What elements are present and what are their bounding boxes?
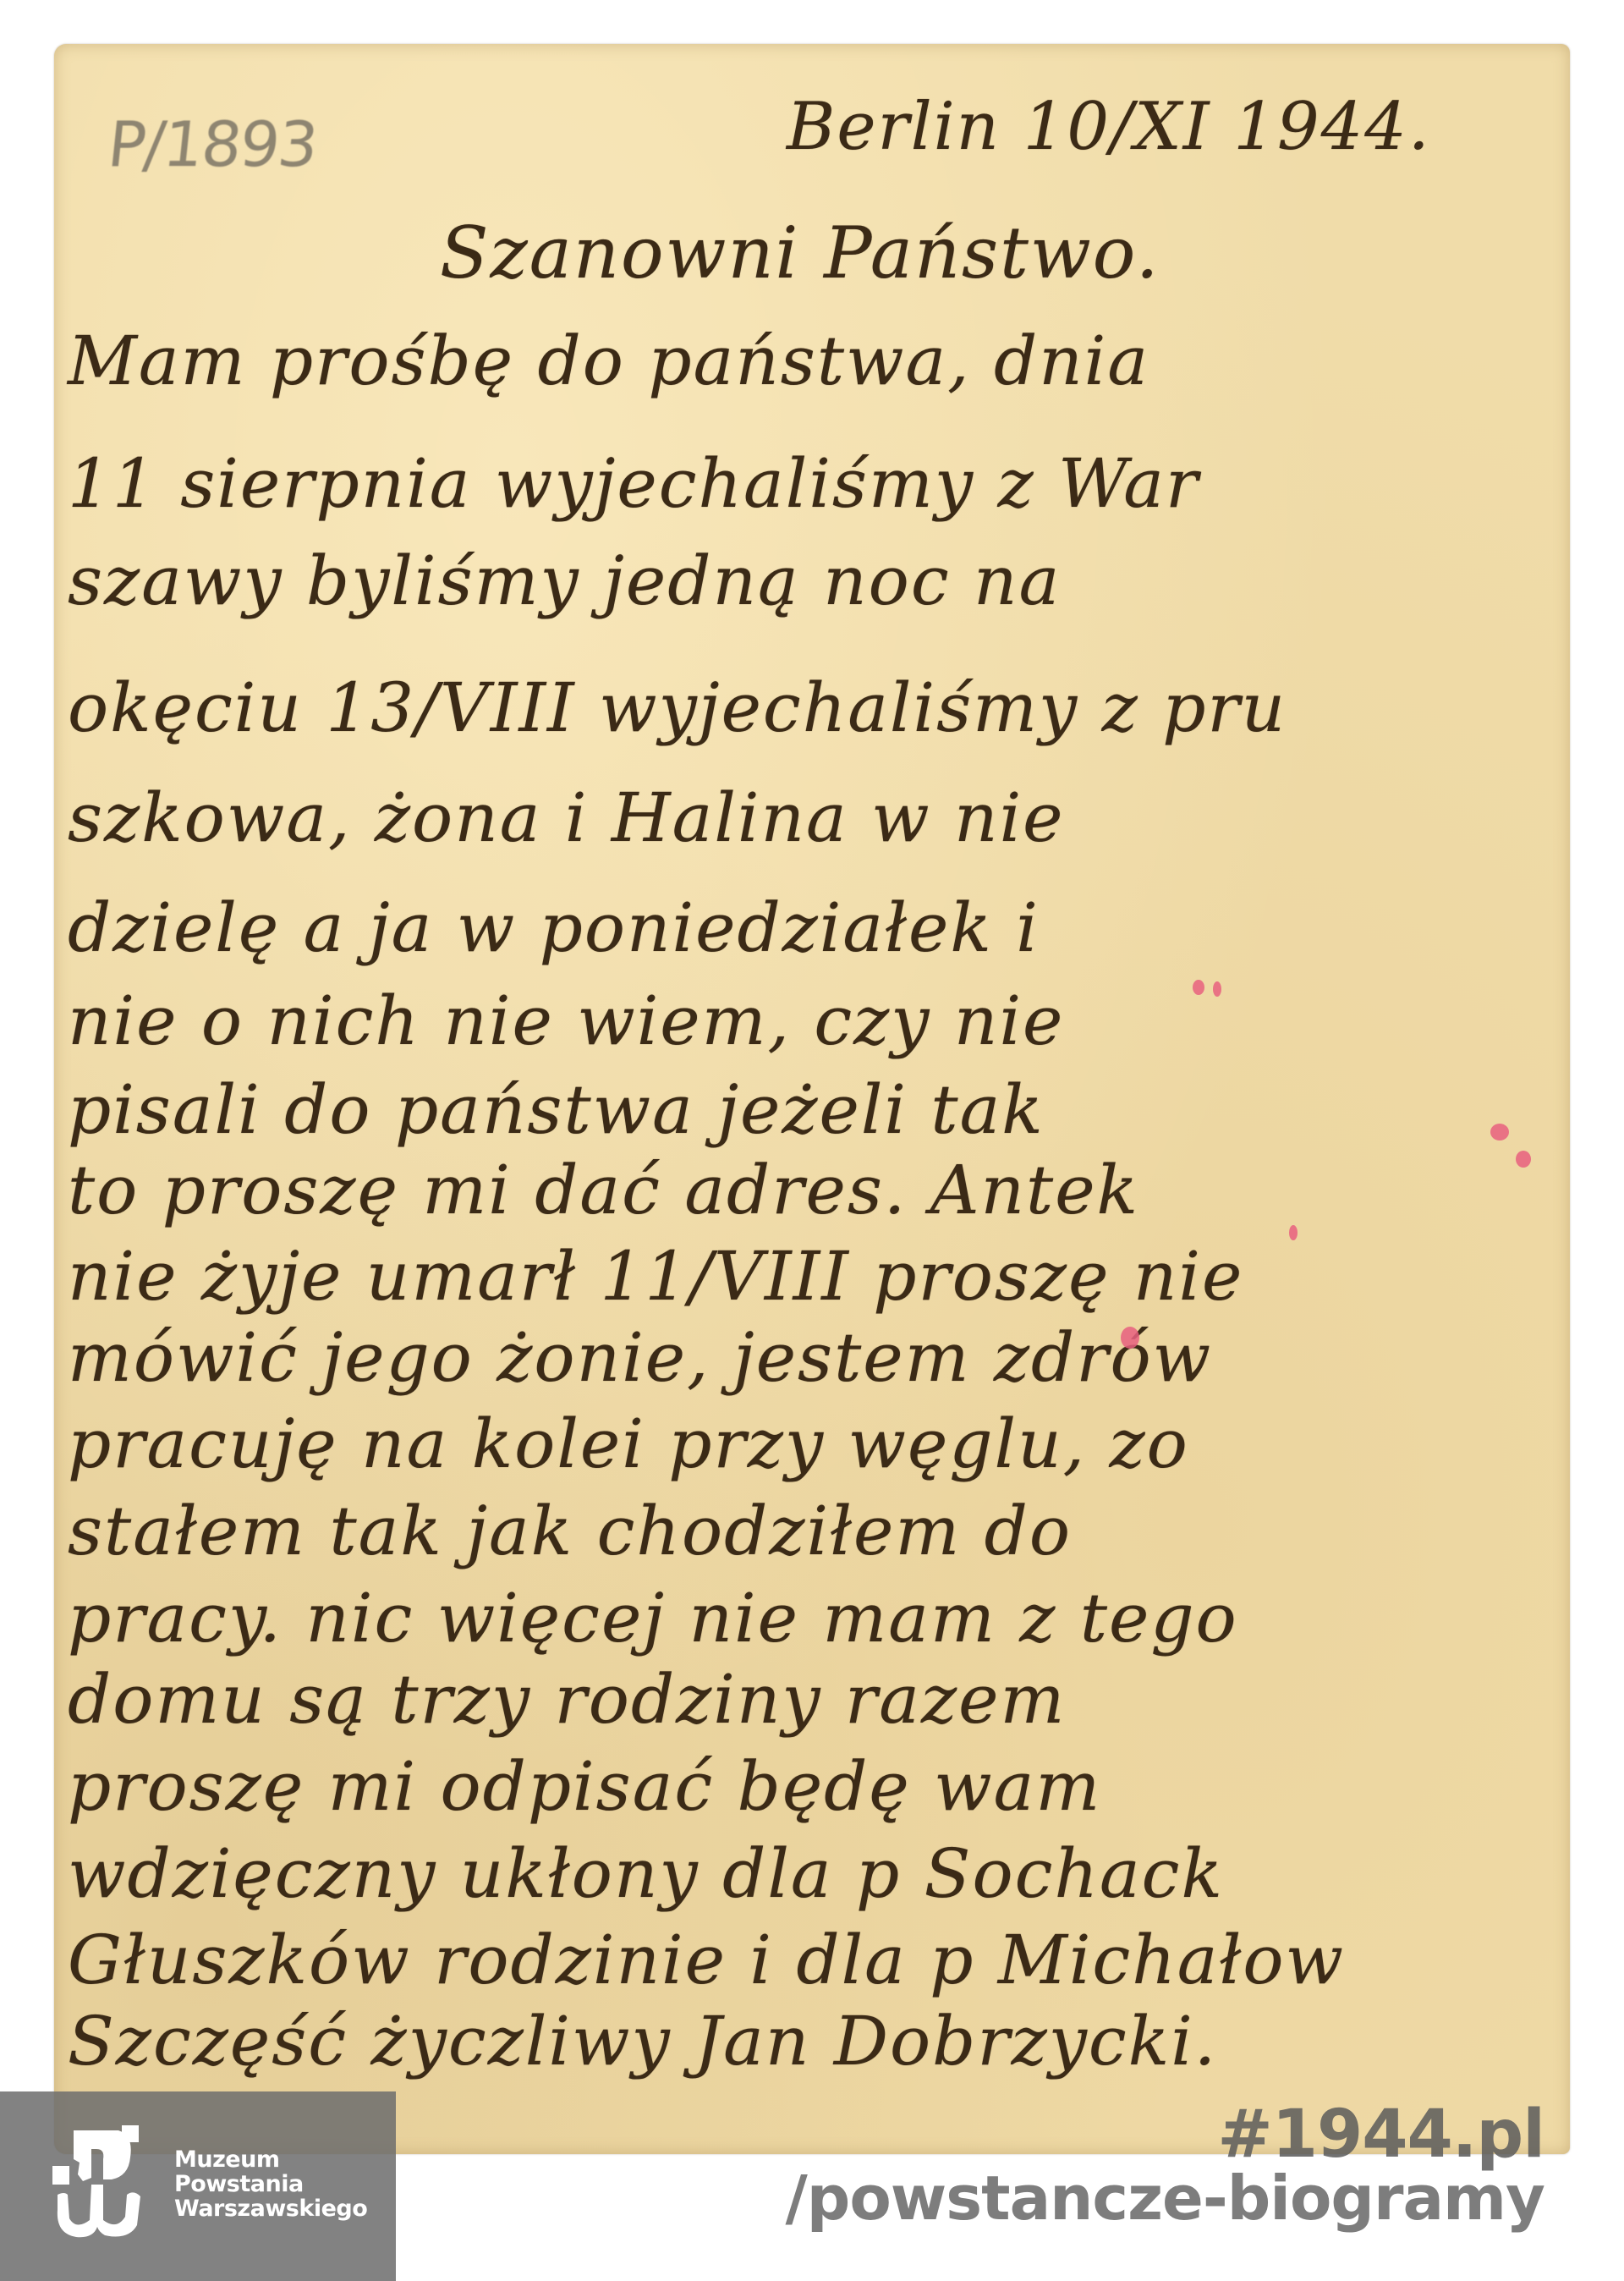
letter-line: szkowa, żona i Halina w nie bbox=[68, 778, 1556, 857]
letter-line: 11 sierpnia wyjechaliśmy z War bbox=[68, 444, 1556, 523]
pink-stain bbox=[1516, 1151, 1531, 1168]
date-line: Berlin 10/XI 1944. bbox=[787, 89, 1431, 165]
museum-name-line: Warszawskiego bbox=[174, 2196, 367, 2221]
salutation: Szanowni Państwo. bbox=[440, 212, 1160, 294]
letter-line: dzielę a ja w poniedziałek i bbox=[68, 888, 1556, 967]
url-path-watermark: /powstancze-biogramy bbox=[785, 2163, 1544, 2234]
kotwica-anchor-icon bbox=[52, 2125, 152, 2240]
letter-line: proszę mi odpisać będę wam bbox=[68, 1747, 1556, 1826]
hashtag-watermark: #1944.pl bbox=[1217, 2097, 1544, 2173]
letter-line: domu są trzy rodziny razem bbox=[68, 1660, 1556, 1739]
pink-stain bbox=[1490, 1124, 1509, 1140]
pink-stain bbox=[1289, 1225, 1298, 1240]
letter-line: okęciu 13/VIII wyjechaliśmy z pru bbox=[68, 668, 1556, 747]
letter-line: Szczęść życzliwy Jan Dobrzycki. bbox=[68, 2002, 1556, 2080]
pink-stain bbox=[1213, 981, 1221, 997]
letter-line: nie o nich nie wiem, czy nie bbox=[68, 981, 1556, 1060]
letter-line: to proszę mi dać adres. Antek bbox=[68, 1151, 1556, 1229]
museum-name-line: Powstania bbox=[174, 2172, 367, 2196]
letter-line: Głuszków rodzinie i dla p Michałow bbox=[68, 1921, 1556, 1999]
pink-stain bbox=[1193, 980, 1204, 995]
letter-line: pisali do państwa jeżeli tak bbox=[68, 1070, 1556, 1149]
letter-line: mówić jego żonie, jestem zdrów bbox=[68, 1318, 1556, 1397]
archive-mark: P/1893 bbox=[104, 108, 320, 181]
pink-stain bbox=[1121, 1327, 1139, 1349]
museum-name: Muzeum Powstania Warszawskiego bbox=[174, 2147, 367, 2221]
letter-line: wdzięczny ukłony dla p Sochack bbox=[68, 1834, 1556, 1913]
letter-line: Mam prośbę do państwa, dnia bbox=[68, 322, 1556, 400]
letter-line: stałem tak jak chodziłem do bbox=[68, 1492, 1556, 1570]
letter-line: pracuję na kolei przy węglu, zo bbox=[68, 1404, 1556, 1483]
letter-line: nie żyje umarł 11/VIII proszę nie bbox=[68, 1237, 1556, 1316]
letter-line: pracy. nic więcej nie mam z tego bbox=[68, 1579, 1556, 1657]
museum-name-line: Muzeum bbox=[174, 2147, 367, 2172]
letter-line: szawy byliśmy jedną noc na bbox=[68, 541, 1556, 620]
